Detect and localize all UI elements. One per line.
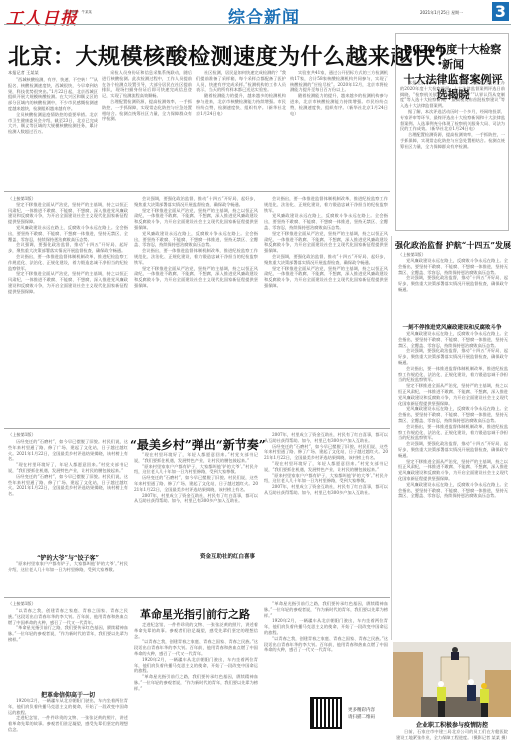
- continued-column-1: （上接第1版）坚定不移推进全面从严治党，坚持严的主基调，持之以恒正风肃纪，一体推…: [8, 196, 128, 426]
- revolution-column-3: “革命星光指引前行之路，我们要传承红色基因，赓续精神血脉。”一位年轻的参观者说，…: [264, 601, 388, 693]
- newspaper-logo: 工人日报: [6, 4, 78, 29]
- village-column-1b: “原来村里家家户户都有铲子，大家都叫他‘铲的大爷’。”村民介绍，这位老人几十年如…: [8, 561, 128, 593]
- lead-byline: 本报记者 王某某: [8, 70, 39, 76]
- header-divider: [4, 24, 511, 25]
- village-headline[interactable]: “最美乡村”弹出“新节奏”: [130, 436, 260, 453]
- political-body-1: 党风廉政建设永远在路上，反腐败斗争永远在路上。全会指出，要坚持不敢腐、不能腐、不…: [398, 258, 508, 320]
- village-column-3: 2007年，村里成立了资金互助社，村民有了红白喜事，都可以从互助社获得帮助。如今…: [264, 432, 388, 594]
- editor-credit: 责任编辑：牛某某: [64, 10, 92, 15]
- news-photo[interactable]: [393, 642, 511, 717]
- section-divider-3: [4, 597, 390, 598]
- continued-column-3: 会议指出，要一体推进监督体制机制改革，推进纪检监察工作规范化、法治化、正规化建设…: [264, 196, 388, 426]
- revolution-headline[interactable]: 革命星光指引前行之路: [130, 606, 260, 622]
- page-number-badge: 3: [492, 2, 509, 21]
- qr-label-line2: 请扫描二维码: [348, 714, 375, 721]
- qr-code[interactable]: [310, 697, 342, 729]
- continued-column-2: 会议强调，要强化政治监督，推动“十四五”开好局、起好步，聚焦重大决策部署落实情况…: [134, 196, 258, 426]
- revolution-column-2: 走进纪念馆，一件件珍贵的文物、一张张泛黄的照片，讲述着革命先辈的故事。参观者们驻…: [134, 622, 258, 746]
- revolution-column-1b: 1920年2月，一辆骡车从北京朝阳门驶出，车内坐着两位青年，他们肩负着传播马克思…: [8, 698, 128, 746]
- workers-photo-icon: [393, 642, 511, 717]
- village-column-2: “现在村里环境好了，年轻人都愿意回来。”村党支部书记说，“我们要抓住机遇，发展特…: [134, 452, 258, 594]
- lead-column-4: 实验室共41家，通过公开招标方式的三方检测机构17家，合计58家核酸检测机构共同…: [290, 70, 388, 187]
- political-body-2: 党风廉政建设永远在路上，反腐败斗争永远在路上。全会指出，要坚持不敢腐、不能腐、不…: [398, 331, 508, 638]
- lead-column-3: 社区检测，居民是如何快速完成检测的？“我们提前准备了采样箱，每个采样点都配备了医…: [196, 70, 286, 187]
- section-divider: [4, 191, 390, 192]
- issue-date: 2021年1月25日 星期一: [420, 10, 463, 16]
- column-divider: [391, 236, 392, 640]
- photo-caption-title: 企业职工积极参与疫情防控: [393, 720, 511, 729]
- photo-caption: 日前，石家庄市中建三局北京公司的员工们在方舱医院建设工地紧张作业，全力保障工程进…: [396, 729, 508, 747]
- lead-column-2: 采检人员身份证和信息采集系统联动，随后进行核酸检测。此次检测过程中，工作人员提前…: [102, 70, 192, 187]
- revolution-column-1: “以青春之我，创建青春之家庭、青春之国家、青春之民族。”这段话出自青春年华的李大…: [8, 608, 128, 688]
- section-divider-2: [4, 428, 390, 429]
- village-continued: （上接第1版）: [8, 432, 36, 438]
- political-subhead: 一刻不停推进党风廉政建设和反腐败斗争: [395, 323, 509, 331]
- political-headline[interactable]: 强化政治监督 护航“十四五”发展: [395, 240, 509, 251]
- qr-label-line1: 更多精彩内容: [348, 707, 375, 714]
- revolution-continued: （上接第1版）: [8, 601, 36, 607]
- sidebar-body: 本报北京1月24日电（记者卢某）由检察日报社主办的2020年度十大检察新闻、十大…: [400, 80, 505, 226]
- sidebar-headline-line1: 2020年度十大检察新闻: [401, 42, 505, 72]
- lead-headline[interactable]: 北京：大规模核酸检测速度为什么越来越快？: [8, 40, 458, 71]
- village-subhead-2: 资金互助社的红白喜事: [200, 552, 260, 560]
- village-column-1: 历经变迁的“石磨村”，如今早已摆脱了旧貌。村民们说，这些年来村里通了路、修了广场…: [8, 439, 128, 551]
- lead-column-1: “西城核酸检测，有序、快速、不空转！”“从报名、核酸检测速度快，西城很快，今早拿…: [8, 77, 98, 187]
- qr-label: 更多精彩内容 请扫描二维码: [348, 707, 375, 721]
